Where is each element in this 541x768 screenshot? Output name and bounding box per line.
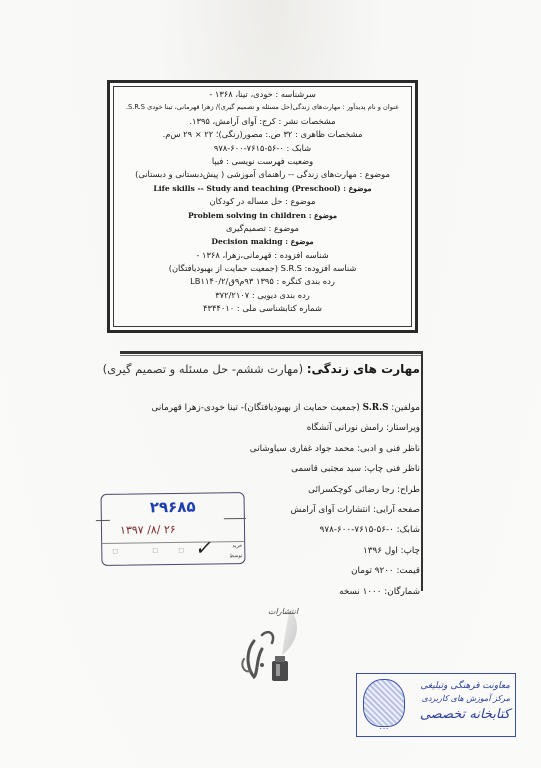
cip-added-entry-2: شناسه افزوده: S.R.S (جمعیت حمایت از بهبو… — [110, 262, 415, 275]
library-stamp: • • • معاونت فرهنگی وتبلیغی مرکز آموزش ه… — [356, 673, 516, 737]
cip-cataloguing-status: وضعیت فهرست نویسی : فیپا — [110, 155, 415, 168]
cip-main-entry: سرشناسه : خودی، تینا، ۱۳۶۸ - — [110, 88, 415, 101]
cip-subject-3: موضوع : حل مساله در کودکان — [110, 195, 415, 208]
accession-stamp: ۲۹۶۸۵ ۱۳۹۷ /۸/ ۲۶ □ □ □ ✓ خرید توسط — [101, 492, 246, 566]
library-stamp-line-1: معاونت فرهنگی وتبلیغی — [406, 680, 510, 693]
cip-subject-5: موضوع : تصمیم‌گیری — [110, 222, 415, 235]
cip-lc-classification: رده بندی کنگره : ۱۳۹۵ ۹۳م۹ق/۲/LB۱۱۴۰ — [110, 275, 415, 288]
stamp-divider — [102, 541, 244, 544]
authors-label: مولفین: — [389, 403, 421, 413]
cip-physical-description: مشخصات ظاهری : ۳۲ ص.: مصور(رنگی)؛ ۲۲ × ۲… — [110, 128, 415, 141]
cip-national-bibliography-number: شماره کتابشناسی ملی : ۴۳۴۴۰۱۰ — [110, 302, 415, 315]
credits-top-rule-thin — [120, 355, 423, 356]
accession-number: ۲۹۶۸۵ — [102, 497, 244, 517]
stamp-label-purchase: خرید — [232, 543, 242, 549]
cip-subject-6: موضوع : Decision making — [110, 235, 415, 248]
stamp-box-1: □ — [112, 548, 118, 555]
authors-names: (جمعیت حمایت از بهبودیافتگان)- تینا خودی… — [152, 403, 363, 413]
checkmark-icon: ✓ — [194, 535, 216, 559]
stamp-label-donation: توسط — [229, 553, 242, 559]
book-title-subtitle: (مهارت ششم- حل مسئله و تصمیم گیری) — [103, 362, 307, 376]
library-stamp-line-2: مرکز آموزش های کاربردی — [406, 693, 510, 705]
credits-top-rule — [120, 351, 423, 354]
book-title-main: مهارت های زندگی: — [307, 362, 420, 376]
credit-technical-literary-supervisor: ناظر فنی و ادبی: محمد جواد غفاری سیاوشان… — [90, 439, 420, 459]
stamp-box-2: □ — [152, 547, 158, 554]
stamp-line-right — [224, 518, 246, 519]
publisher-logo: انتشارات — [232, 603, 312, 688]
cip-subject-1: موضوع : مهارت‌های زندگی -- راهنمای آموزش… — [110, 168, 415, 181]
credit-print-supervisor: ناظر فنی چاپ: سید مجتبی قاسمی — [90, 459, 420, 479]
credit-print-run: شمارگان: ۱۰۰۰ نسخه — [90, 582, 420, 602]
stamp-line-left — [96, 520, 110, 521]
credit-editor: ویراستار: رامش نورانی آتشگاه — [90, 418, 420, 438]
cip-lines: سرشناسه : خودی، تینا، ۱۳۶۸ - عنوان و نام… — [110, 88, 415, 316]
cip-title-statement: عنوان و نام پدیدآور : مهارت‌های زندگی(حل… — [110, 101, 415, 114]
credit-authors: مولفین: S.R.S (جمعیت حمایت از بهبودیافتگ… — [90, 398, 420, 418]
library-emblem-caption: • • • — [360, 727, 408, 731]
authors-srs: S.R.S — [363, 403, 389, 413]
library-emblem-icon — [363, 679, 405, 727]
cip-box: سرشناسه : خودی، تینا، ۱۳۶۸ - عنوان و نام… — [107, 80, 418, 333]
cip-dewey-classification: رده بندی دیویی : ۳۷۲/۲۱۰۷ — [110, 289, 415, 302]
book-title: مهارت های زندگی: (مهارت ششم- حل مسئله و … — [90, 360, 420, 378]
stamp-box-3: □ — [178, 547, 184, 554]
cip-added-entry-1: شناسه افزوده : قهرمانی،زهرا، ۱۳۶۸ - — [110, 249, 415, 262]
publisher-logo-word: انتشارات — [268, 607, 298, 616]
credits-block: مهارت های زندگی: (مهارت ششم- حل مسئله و … — [90, 360, 420, 602]
cip-publication: مشخصات نشر : کرج: آوای آرامش، ۱۳۹۵. — [110, 115, 415, 128]
cip-subject-2: موضوع : Life skills -- Study and teachin… — [110, 182, 415, 195]
library-stamp-text: معاونت فرهنگی وتبلیغی مرکز آموزش های کار… — [406, 680, 510, 725]
accession-date: ۱۳۹۷ /۸/ ۲۶ — [120, 523, 176, 537]
cip-subject-4: موضوع : Problem solving in children — [110, 209, 415, 222]
cip-isbn: شابک : ۰-۵۶-۷۶۱۵-۶۰۰-۹۷۸ — [110, 142, 415, 155]
credits-right-rule — [421, 351, 423, 591]
library-stamp-line-3: کتابخانه تخصصی — [406, 705, 510, 725]
